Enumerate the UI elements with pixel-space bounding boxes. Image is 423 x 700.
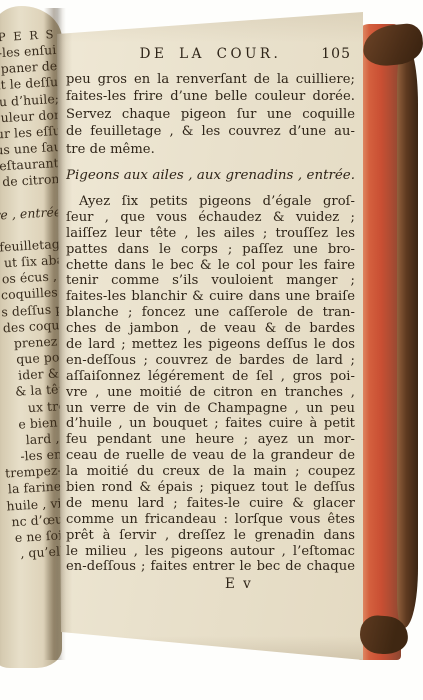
text-line: laiſſez leur tête , les ailes ; trouſſez…	[66, 226, 355, 242]
text-line: en-deſſous ; faites entrer le bec de cha…	[66, 559, 355, 575]
text-line: d’huile , un bouquet ; faites cuire à pe…	[66, 416, 355, 432]
red-fore-edge	[357, 24, 401, 660]
text-line: Ayez ſix petits pigeons d’égale groſ-	[66, 194, 355, 210]
text-line: pattes dans le corps ; paſſez une bro-	[66, 242, 355, 258]
text-line: bien rond & épais ; piquez tout le deſſu…	[66, 480, 355, 496]
text-line: faites-les blanchir & cuire dans une bra…	[66, 289, 355, 305]
text-line: en-deſſous ; couvrez de bardes de lard ;	[66, 353, 355, 369]
text-line: faites-les frire d’une belle couleur dor…	[66, 88, 355, 105]
text-line: de menu lard ; faites-le cuire & glacer	[66, 496, 355, 512]
text-line: de lard ; mettez les pigeons deſſus le d…	[66, 337, 355, 353]
text-line: la moitié du creux de la main ; coupez	[66, 464, 355, 480]
book-photo: P E R Sez-les enſuies paner deent le deſ…	[0, 0, 423, 700]
recipe-paragraph: Ayez ſix petits pigeons d’égale groſ-ſeu…	[66, 194, 355, 575]
page-body: DE LA COUR. 105 peu gros en la renverſan…	[57, 10, 363, 593]
text-line: un verre de vin de Champagne , un peu	[66, 401, 355, 417]
text-line: feu pendant une heure ; ayez un mor-	[66, 432, 355, 448]
page-number: 105	[321, 46, 351, 62]
text-line: le milieu , les pigeons autour , l’eſtom…	[66, 544, 355, 560]
running-header: DE LA COUR. 105	[66, 46, 355, 63]
signature-mark: E v	[225, 576, 355, 593]
text-line: prêt à ſervir , dreſſez le grenadin dans	[66, 528, 355, 544]
text-line: de feuilletage , & les couvrez d’une au-	[66, 123, 355, 140]
text-line: Servez chaque pigeon ſur une coquille	[66, 106, 355, 123]
text-line: tre de même.	[66, 141, 355, 158]
text-line: ſeur , que vous échaudez & vuidez ;	[66, 210, 355, 226]
text-line: peu gros en la renverſant de la cuillier…	[66, 71, 355, 88]
text-line: ches de jambon , de veau & de bardes	[66, 321, 355, 337]
left-page: P E R Sez-les enſuies paner deent le deſ…	[0, 6, 62, 668]
leather-binding-strip	[397, 44, 418, 628]
left-page-text-fragments: P E R Sez-les enſuies paner deent le deſ…	[0, 26, 62, 567]
text-line: comme un fricandeau : lorſque vous êtes	[66, 512, 355, 528]
clipped-text-fragment: , qu’elle ſi	[0, 542, 62, 567]
recipe-heading: Pigeons aux ailes , aux grenadins , entr…	[66, 167, 355, 184]
text-line: blanche ; foncez une caſſerole de tran-	[66, 305, 355, 321]
text-line: vre , une moitié de citron en tranches ,	[66, 385, 355, 401]
text-line: aſſaiſonnez légérement de ſel , gros poi…	[66, 369, 355, 385]
paragraph-continuation: peu gros en la renverſant de la cuillier…	[66, 71, 355, 158]
right-page: DE LA COUR. 105 peu gros en la renverſan…	[57, 10, 363, 662]
text-line: tenir comme s’ils vouloient manger ;	[66, 273, 355, 289]
text-line: ceau de ruelle de veau de la grandeur de	[66, 448, 355, 464]
text-line: chette dans le bec & le col pour les fai…	[66, 258, 355, 274]
header-title: DE LA COUR.	[66, 46, 355, 62]
